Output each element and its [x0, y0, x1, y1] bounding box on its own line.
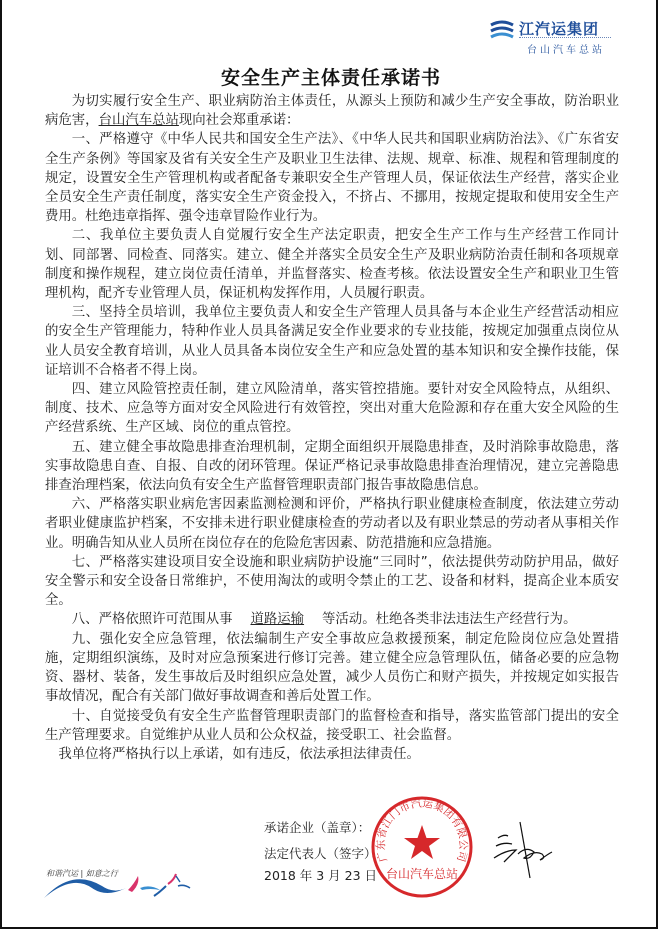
company-name-underlined: 台山汽车总站	[99, 113, 179, 128]
document-title: 安全生产主体责任承诺书	[2, 63, 658, 90]
jiangqiyun-logo-icon	[489, 20, 515, 40]
commitment-2: 二、我单位主要负责人自觉履行安全生产法定职责，把安全生产工作与生产经营工作同计划…	[45, 226, 619, 303]
intro-paragraph: 为切实履行安全生产、职业病防治主体责任，从源头上预防和减少生产安全事故，防治职业…	[45, 92, 619, 130]
logo-english-subtitle	[519, 37, 611, 39]
handwritten-signature	[490, 820, 556, 880]
intro-text-end: 现向社会郑重承诺：	[179, 113, 300, 128]
logo-company-name: 江汽运集团	[519, 18, 599, 39]
commitment-8: 八、严格依照许可范围从事道路运输等活动。杜绝各类非法违法生产经营行为。	[45, 610, 619, 629]
document-body: 为切实履行安全生产、职业病防治主体责任，从源头上预防和减少生产安全事故，防治职业…	[45, 92, 619, 764]
company-logo: 江汽运集团 台山汽车总站	[489, 18, 629, 54]
seal-star-icon	[404, 825, 440, 859]
commitment-4: 四、建立风险管控责任制，建立风险清单，落实管控措施。要针对安全风险特点，从组织、…	[45, 380, 619, 438]
commitment-6: 六、严格落实职业病危害因素监测检测和评价，严格执行职业健康检查制度，依法建立劳动…	[45, 495, 619, 553]
commitment-5: 五、建立健全事故隐患排查治理机制，定期全面组织开展隐患排查，及时消除事故隐患，落…	[45, 438, 619, 496]
commitment-7: 七、严格落实建设项目安全设施和职业病防护设施“三同时”，依法提供劳动防护用品，做…	[45, 553, 619, 611]
commitment-8-text-end: 等活动。杜绝各类非法违法生产经营行为。	[322, 612, 576, 627]
commitment-3: 三、坚持全员培训，我单位主要负责人和安全生产管理人员具备与本企业生产经营活动相应…	[45, 303, 619, 380]
commitment-10: 十、自觉接受负有安全生产监督管理职责部门的监督检查和指导，落实监管部门提出的安全…	[45, 707, 619, 745]
seal-center-text: 台山汽车总站	[386, 866, 458, 881]
logo-station-name: 台山汽车总站	[527, 41, 605, 56]
company-seal-label: 承诺企业（盖章）：	[264, 818, 370, 836]
business-scope-field: 道路运输	[232, 612, 322, 627]
commitment-1: 一、严格遵守《中华人民共和国安全生产法》、《中华人民共和国职业病防治法》、《广东…	[45, 130, 619, 226]
company-seal-stamp: 广东省江门市汽运集团有限公司 台山汽车总站	[370, 795, 474, 899]
commitment-8-text: 八、严格依照许可范围从事	[72, 612, 233, 627]
footer-slogan: 和谐汽运 | 如意之行	[46, 868, 118, 879]
signing-date: 2018 年 3 月 23 日	[264, 866, 377, 884]
legal-representative-label: 法定代表人（签字）：	[264, 844, 383, 862]
document-page: 江汽运集团 台山汽车总站 安全生产主体责任承诺书 为切实履行安全生产、职业病防治…	[0, 0, 658, 929]
closing-statement: 我单位将严格执行以上承诺，如有违反，依法承担法律责任。	[45, 745, 619, 764]
commitment-9: 九、强化安全应急管理，依法编制生产安全事故应急救援预案，制定危险岗位应急处置措施…	[45, 630, 619, 707]
